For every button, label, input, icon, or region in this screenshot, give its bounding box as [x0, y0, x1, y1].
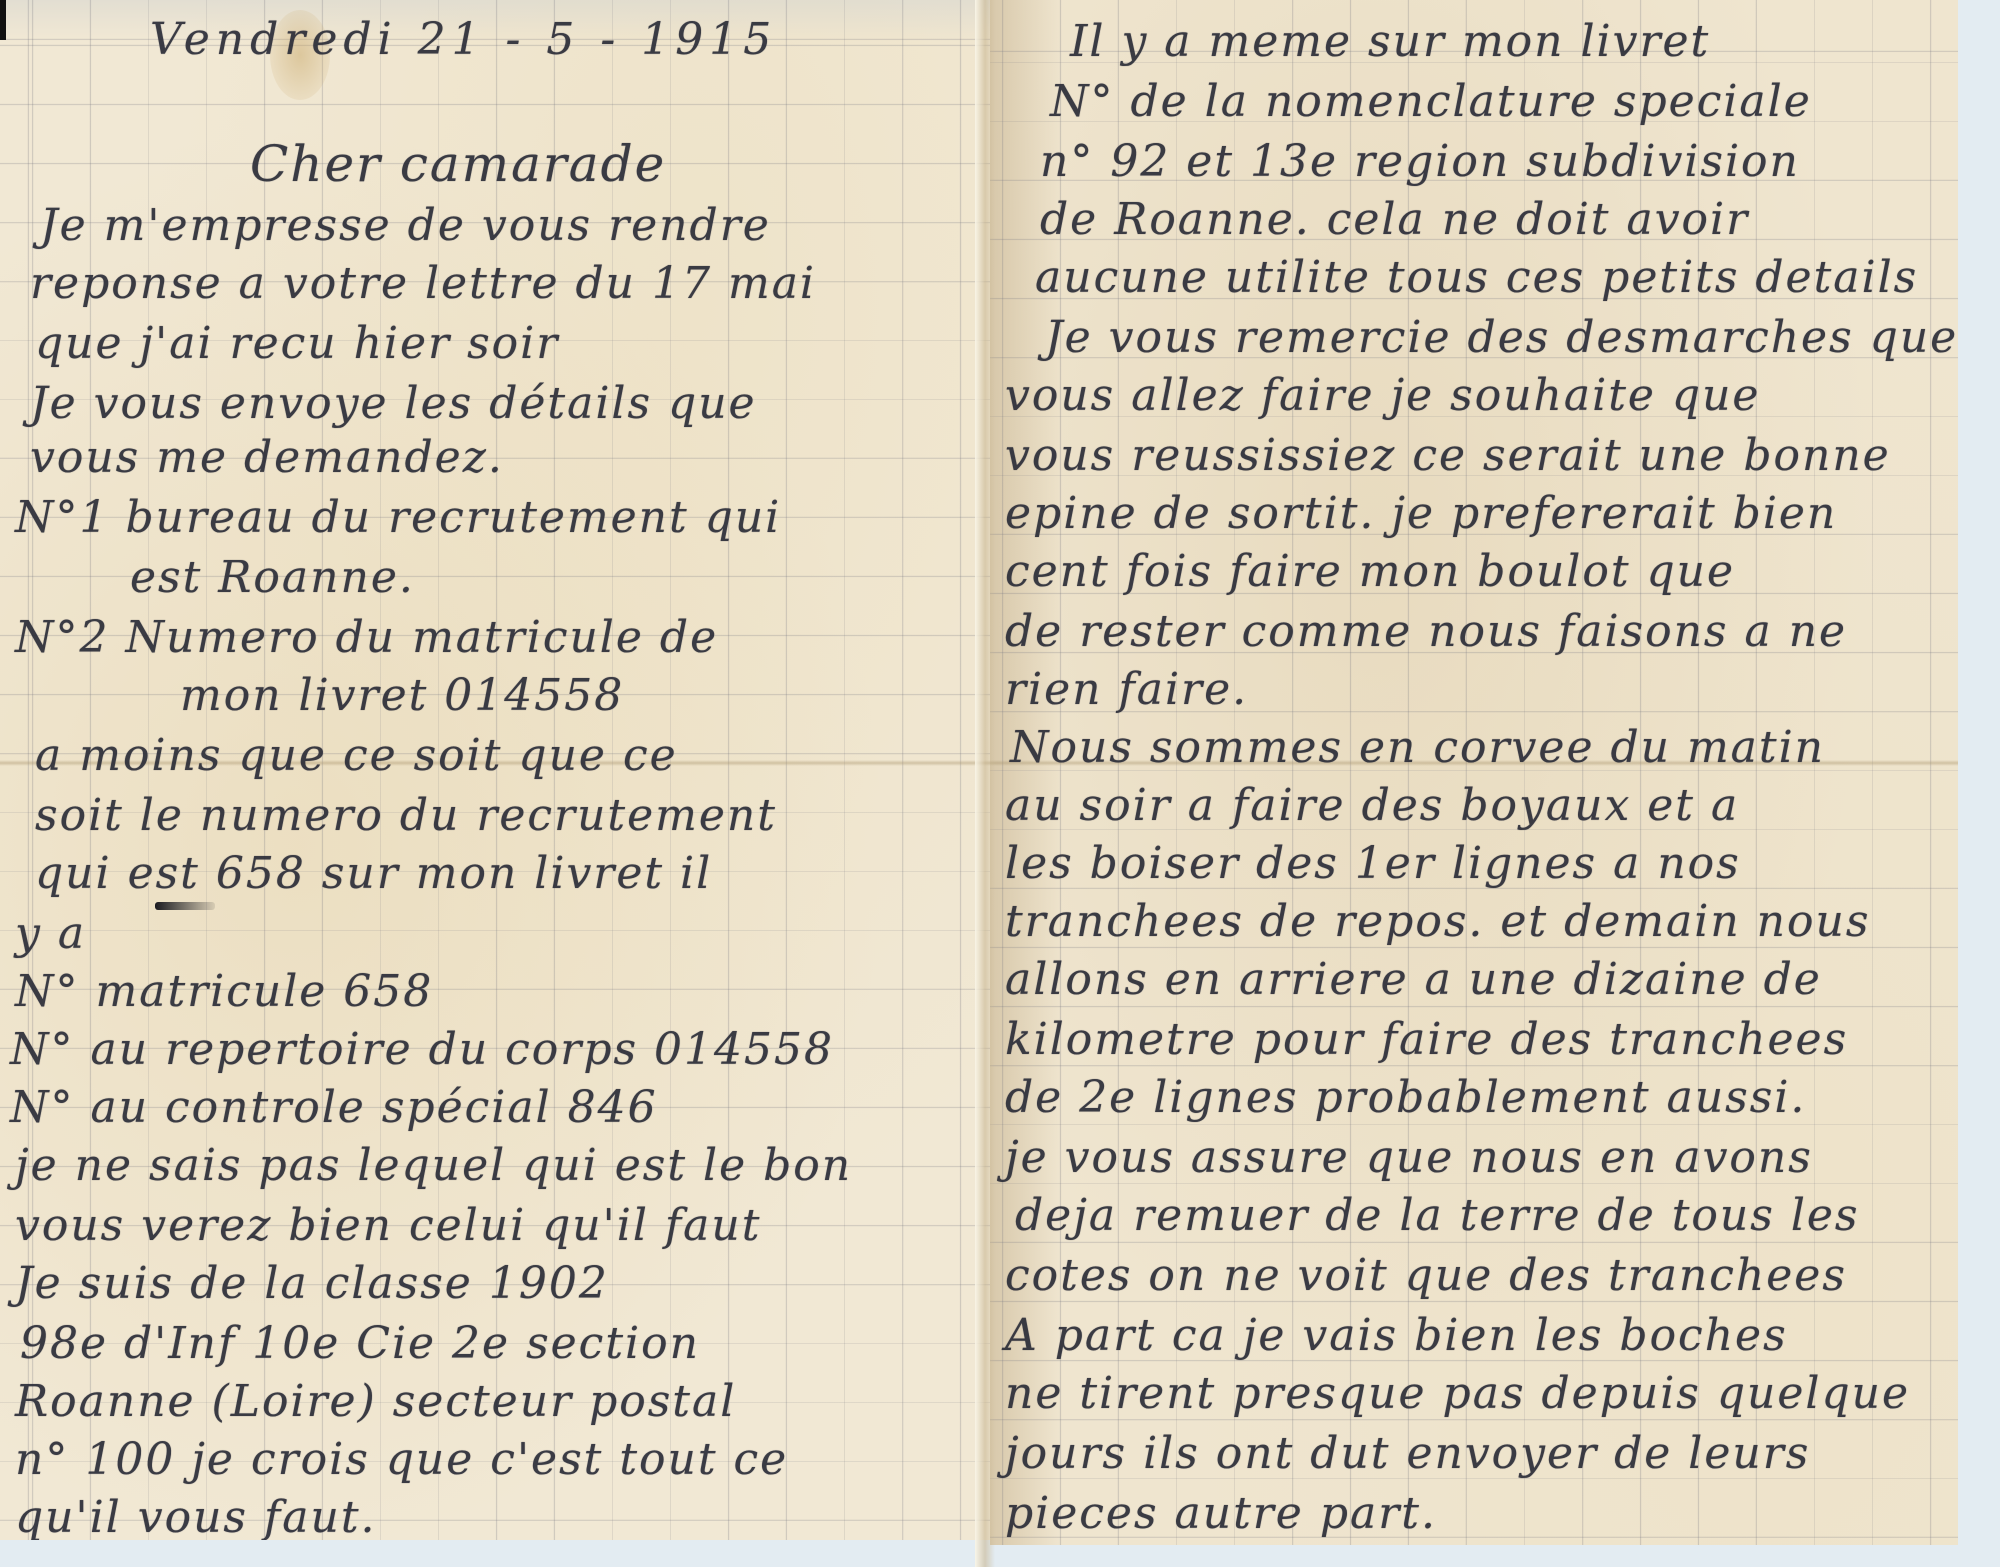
- letter-line: ne tirent presque pas depuis quelque: [1005, 1368, 1910, 1419]
- letter-line: mon livret 014558: [180, 670, 624, 721]
- letter-line: Je vous envoye les détails que: [30, 378, 757, 429]
- letter-line: tranchees de repos. et demain nous: [1005, 896, 1870, 947]
- letter-line: est Roanne.: [130, 552, 415, 603]
- letter-line: rien faire.: [1005, 664, 1248, 715]
- letter-line: N° de la nomenclature speciale: [1050, 76, 1812, 127]
- letter-line: allons en arriere a une dizaine de: [1005, 954, 1822, 1005]
- letter-line: de 2e lignes probablement aussi.: [1005, 1072, 1806, 1123]
- letter-line: Je vous remercie des desmarches que: [1045, 312, 1958, 363]
- letter-date: Vendredi 21 - 5 - 1915: [150, 14, 777, 65]
- letter-line: N° matricule 658: [15, 966, 433, 1017]
- letter-line: au soir a faire des boyaux et a: [1005, 780, 1739, 831]
- letter-line: qui est 658 sur mon livret il: [35, 848, 712, 899]
- letter-line: Je m'empresse de vous rendre: [40, 200, 771, 251]
- letter-line: N° au repertoire du corps 014558: [10, 1024, 834, 1075]
- scan-corner-mark: [0, 0, 6, 40]
- salutation: Cher camarade: [250, 135, 666, 193]
- letter-line: n° 92 et 13e region subdivision: [1040, 136, 1800, 187]
- left-page: Vendredi 21 - 5 - 1915 Cher camarade Je …: [0, 0, 990, 1540]
- letter-line: vous allez faire je souhaite que: [1005, 370, 1760, 421]
- letter-line: soit le numero du recrutement: [35, 790, 777, 841]
- letter-line: N°1 bureau du recrutement qui: [15, 492, 781, 543]
- letter-line: vous me demandez.: [30, 432, 504, 483]
- letter-line: n° 100 je crois que c'est tout ce: [15, 1434, 788, 1485]
- letter-scan: Vendredi 21 - 5 - 1915 Cher camarade Je …: [0, 0, 2000, 1567]
- letter-line: Roanne (Loire) secteur postal: [15, 1376, 736, 1427]
- letter-line: vous verez bien celui qu'il faut: [15, 1200, 761, 1251]
- right-page: Il y a meme sur mon livret N° de la nome…: [990, 0, 1958, 1545]
- letter-line: de Roanne. cela ne doit avoir: [1040, 194, 1749, 245]
- letter-line: reponse a votre lettre du 17 mai: [30, 258, 816, 309]
- letter-line: je ne sais pas lequel qui est le bon: [15, 1140, 852, 1191]
- letter-line: y a: [15, 908, 86, 959]
- letter-line: qu'il vous faut.: [15, 1492, 377, 1540]
- letter-line: a moins que ce soit que ce: [35, 730, 678, 781]
- letter-line: pieces autre part.: [1005, 1488, 1437, 1539]
- center-fold-crease: [975, 0, 995, 1567]
- letter-line: vous reussissiez ce serait une bonne: [1005, 430, 1891, 481]
- letter-line: N°2 Numero du matricule de: [15, 612, 718, 663]
- letter-line: jours ils ont dut envoyer de leurs: [1005, 1428, 1810, 1479]
- letter-line: aucune utilite tous ces petits details: [1035, 252, 1918, 303]
- letter-line: N° au controle spécial 846: [10, 1082, 658, 1133]
- letter-line: je vous assure que nous en avons: [1005, 1132, 1813, 1183]
- letter-line: les boiser des 1er lignes a nos: [1005, 838, 1741, 889]
- letter-line: que j'ai recu hier soir: [35, 318, 559, 369]
- letter-line: 98e d'Inf 10e Cie 2e section: [20, 1318, 700, 1369]
- letter-line: Il y a meme sur mon livret: [1070, 16, 1710, 67]
- letter-line: epine de sortit. je prefererait bien: [1005, 488, 1837, 539]
- letter-line: cotes on ne voit que des tranchees: [1005, 1250, 1847, 1301]
- letter-line: de rester comme nous faisons a ne: [1005, 606, 1847, 657]
- letter-line: cent fois faire mon boulot que: [1005, 546, 1735, 597]
- letter-line: Nous sommes en corvee du matin: [1010, 722, 1825, 773]
- letter-line: deja remuer de la terre de tous les: [1015, 1190, 1860, 1241]
- letter-line: Je suis de la classe 1902: [15, 1258, 609, 1309]
- letter-line: A part ca je vais bien les boches: [1005, 1310, 1788, 1361]
- letter-line: kilometre pour faire des tranchees: [1005, 1014, 1848, 1065]
- ink-blot: [155, 902, 215, 910]
